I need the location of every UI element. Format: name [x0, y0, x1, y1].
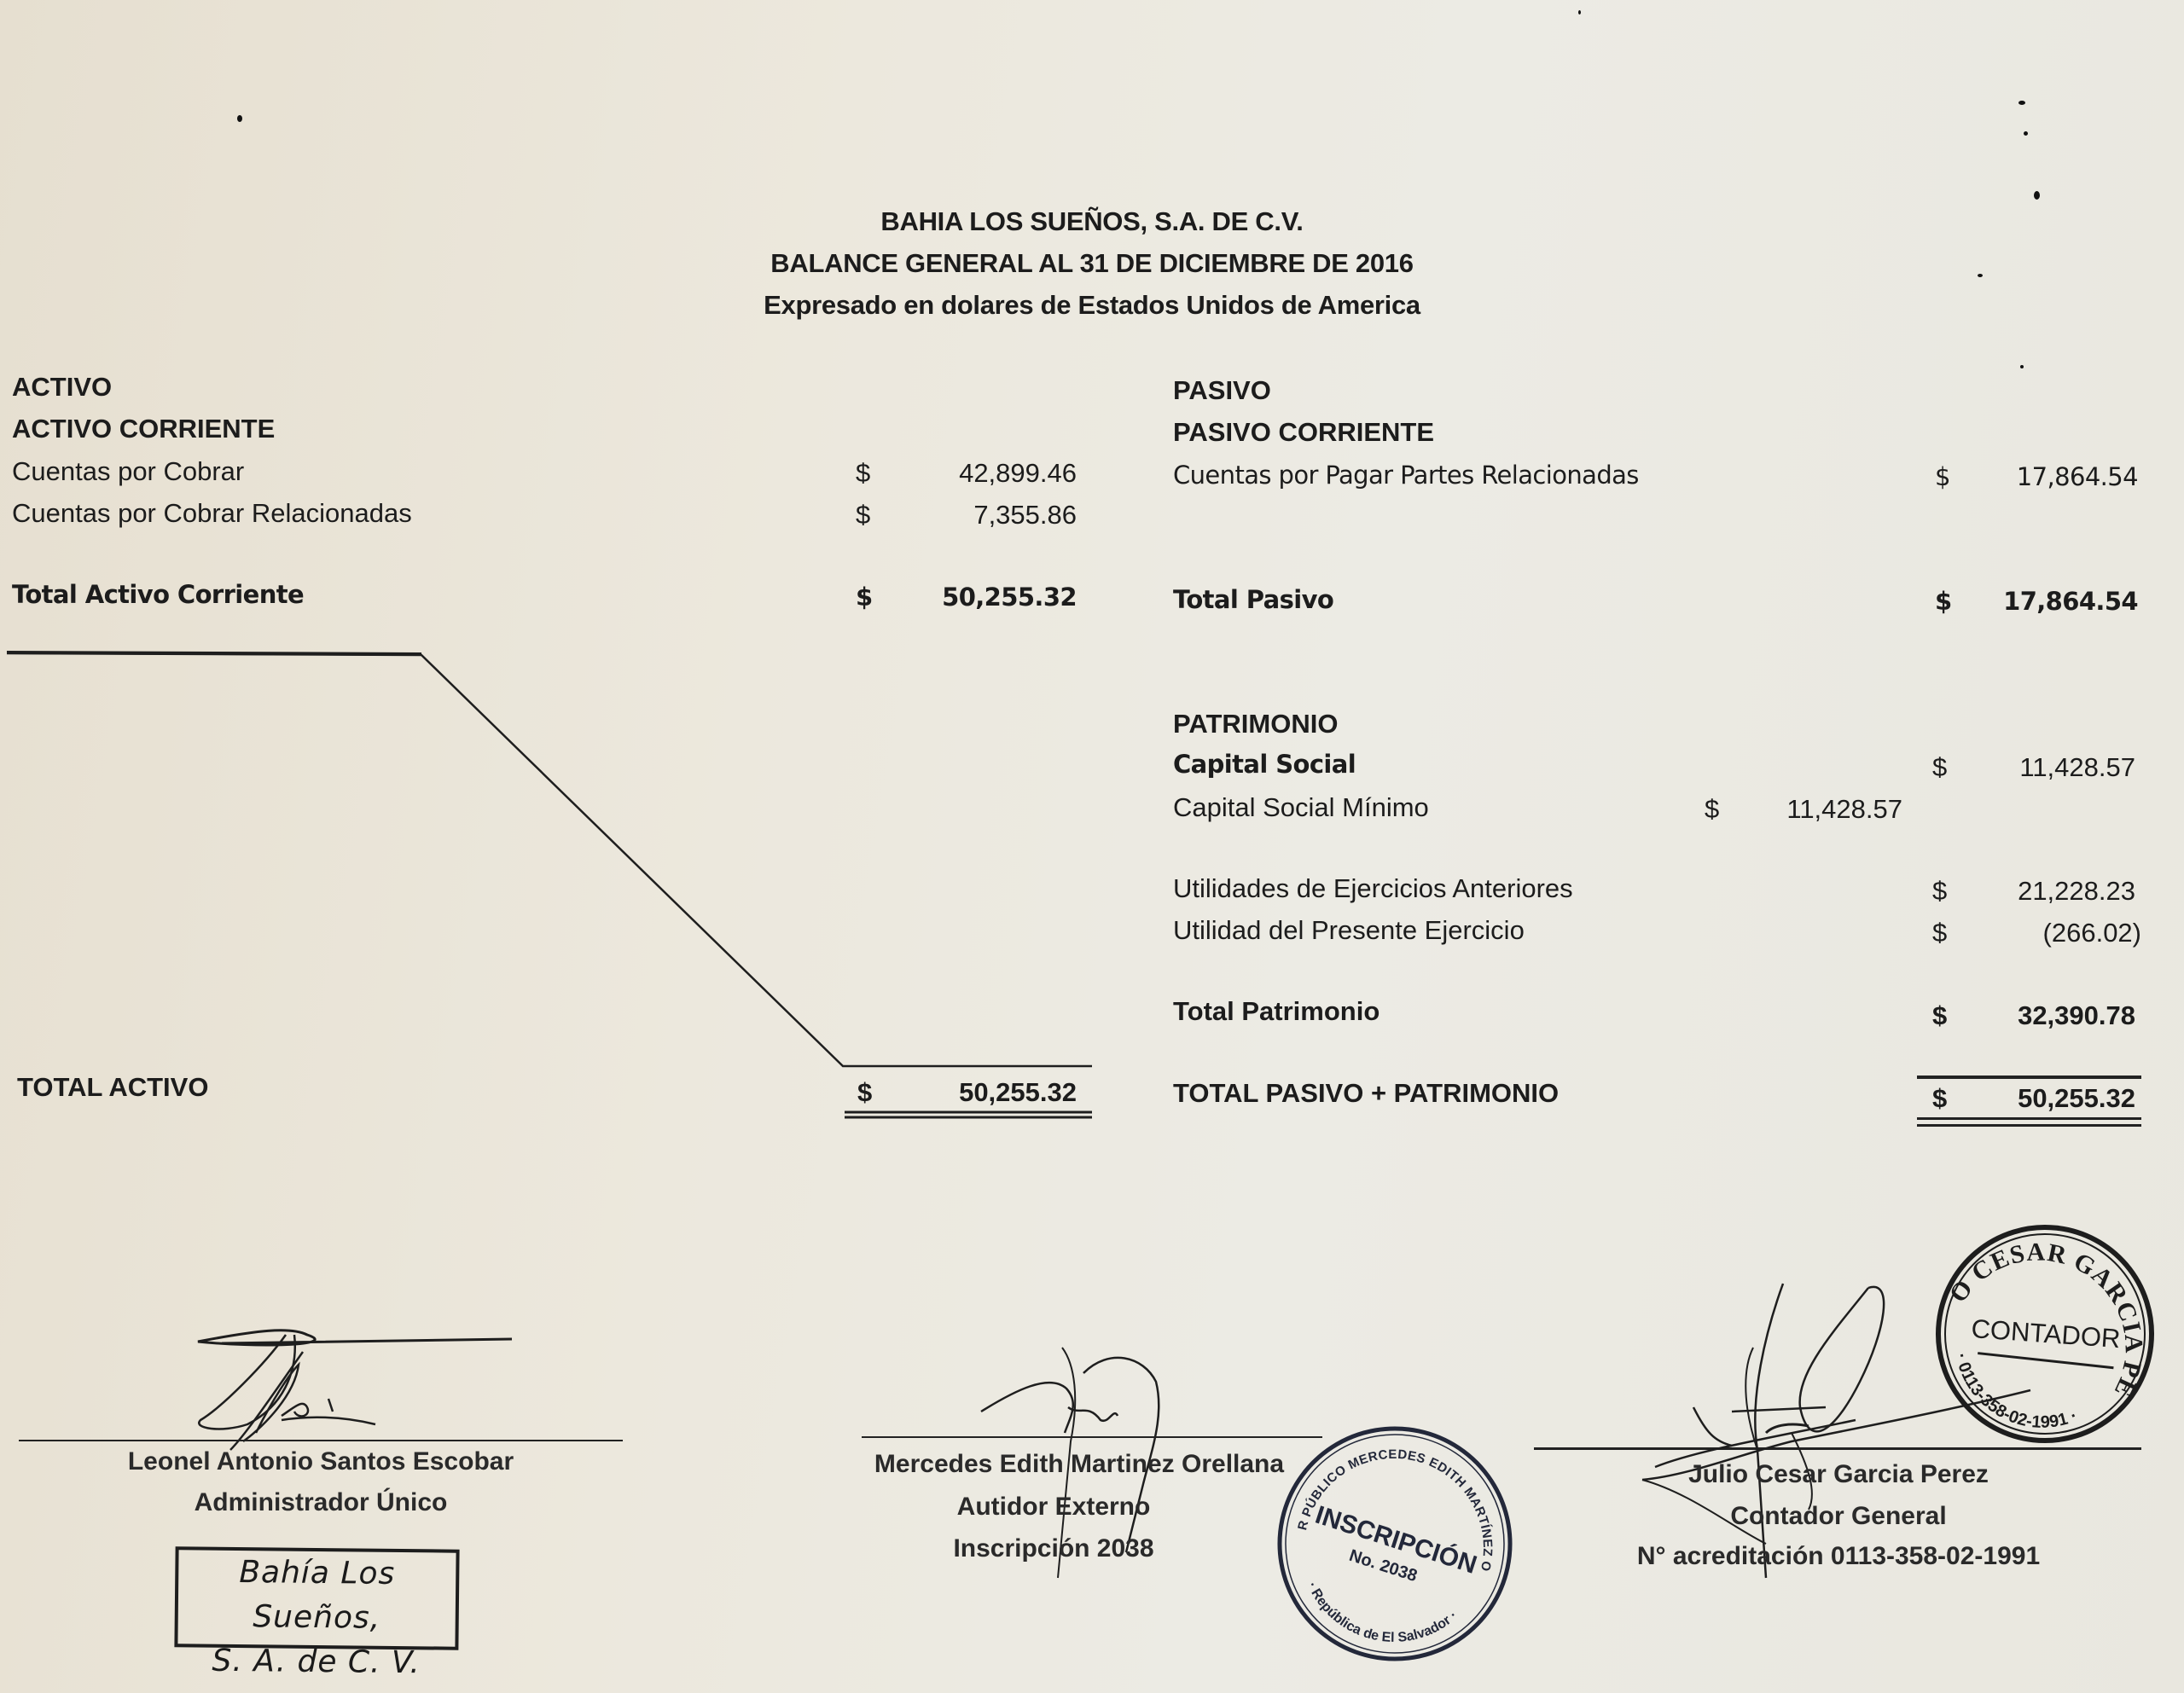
accountant-stamp-center: CONTADOR — [1970, 1313, 2121, 1354]
accountant-name: Julio Cesar Garcia Perez — [1570, 1460, 2107, 1489]
accountant-accreditation: N° acreditación 0113-358-02-1991 — [1570, 1542, 2107, 1571]
accountant-signature-scribble — [0, 0, 2184, 1693]
accountant-stamp: JULIO CESAR GARCIA PEREZ · 0113-358-02-1… — [1932, 1221, 2158, 1447]
speck — [1978, 274, 1983, 277]
speck — [1578, 10, 1581, 14]
speck — [2018, 101, 2025, 105]
accountant-role: Contador General — [1570, 1502, 2107, 1531]
speck — [2020, 365, 2024, 368]
speck — [2034, 191, 2040, 200]
speck — [2024, 131, 2028, 136]
speck — [237, 115, 242, 122]
